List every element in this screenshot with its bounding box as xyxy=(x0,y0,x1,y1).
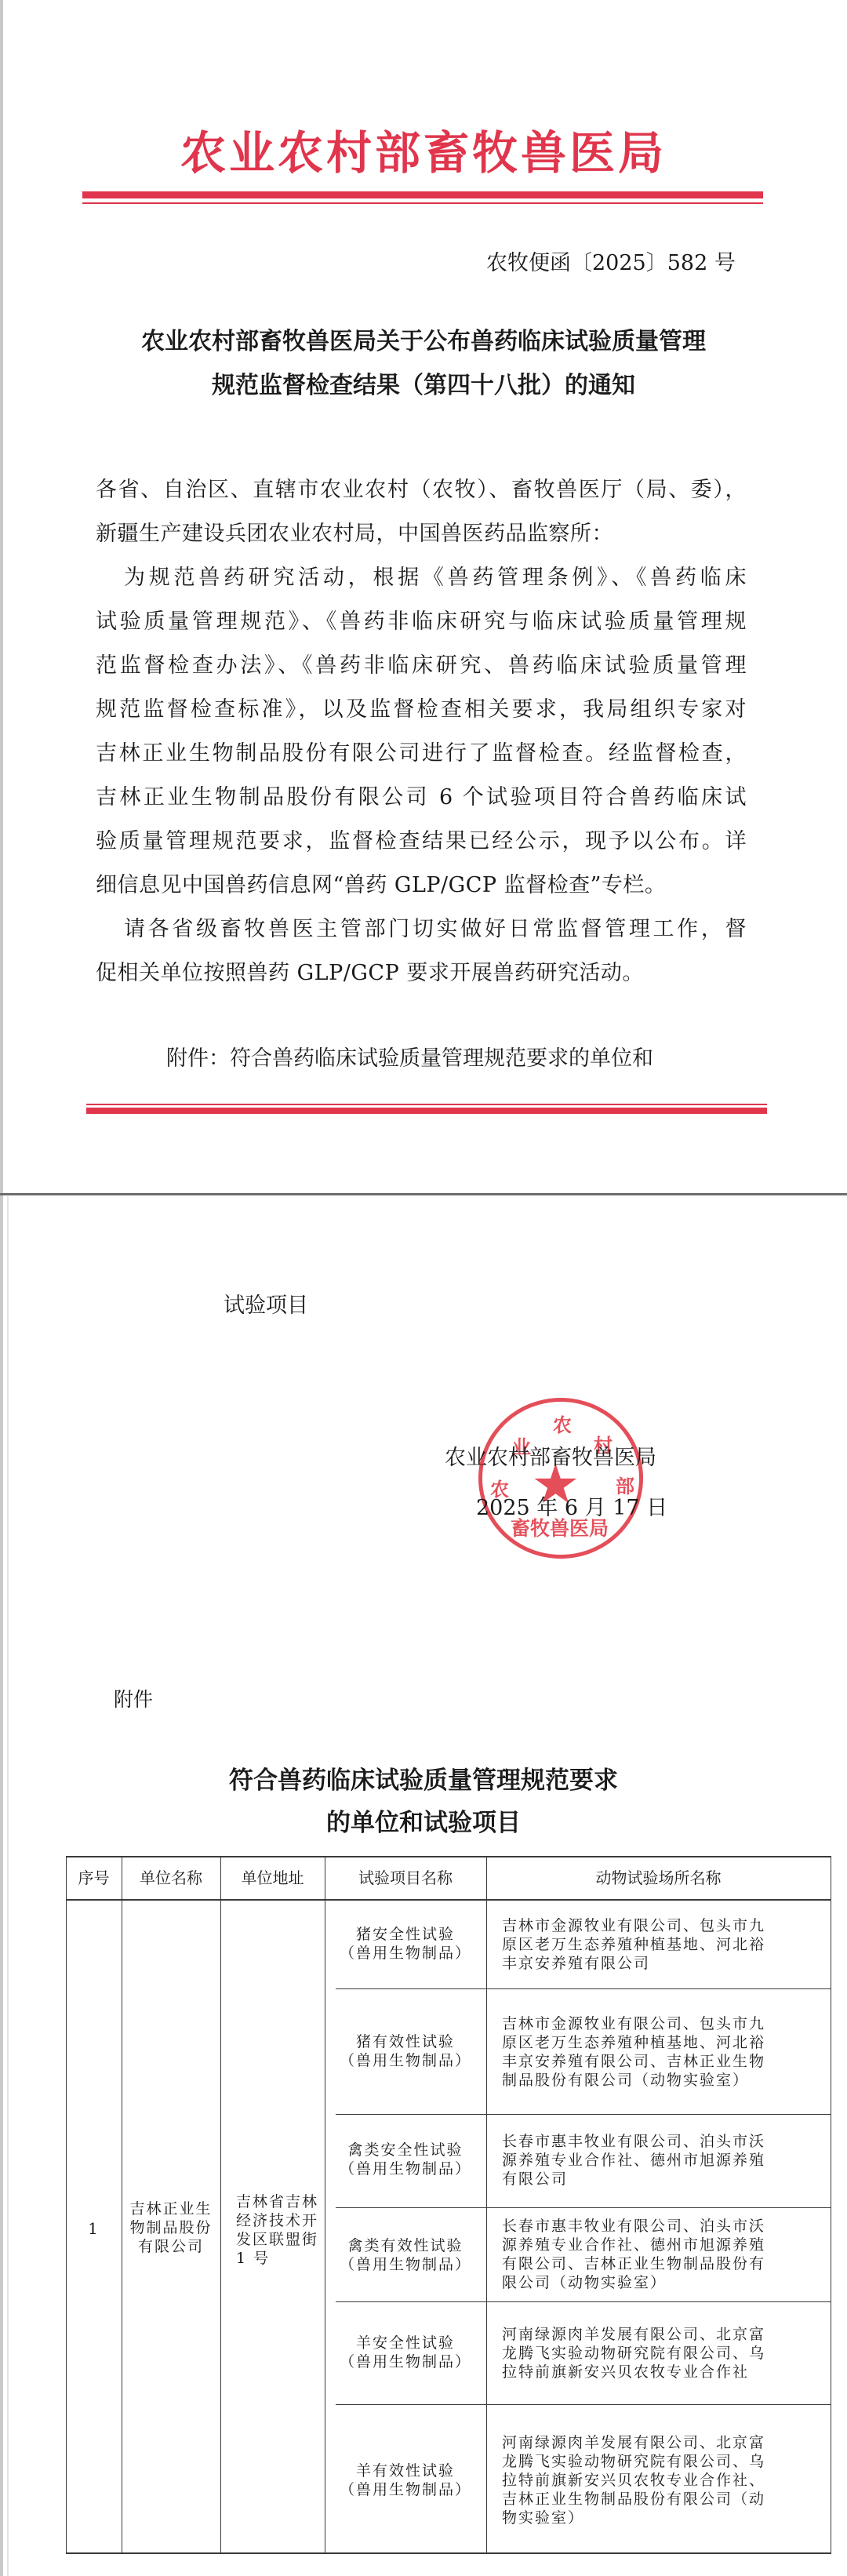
project-name-cell: 猪有效性试验 （兽用生物制品） xyxy=(325,2032,486,2070)
table-border-right xyxy=(831,1856,831,2554)
column-header-project-name: 试验项目名称 xyxy=(325,1868,486,1887)
body-line: 试验质量管理规范》、《兽药非临床研究与临床试验质量管理规 xyxy=(96,607,747,637)
notice-title-line1: 农业农村部畜牧兽医局关于公布兽药临床试验质量管理 xyxy=(0,322,847,362)
unit-name-cell: 吉林正业生 物制品股份 有限公司 xyxy=(122,2199,220,2256)
project-name: 禽类有效性试验 xyxy=(325,2236,486,2255)
test-site-line: 龙腾飞实验动物研究院有限公司、乌 xyxy=(502,2452,823,2471)
letterhead-title: 农业农村部畜牧兽医局 xyxy=(0,126,847,180)
body-line: 吉林正业生物制品股份有限公司 6 个试验项目符合兽药临床试 xyxy=(96,783,747,813)
column-divider xyxy=(220,1856,221,2554)
address-cell: 吉林省吉林 经济技术开 发区联盟街 1 号 xyxy=(236,2192,322,2268)
page-edge xyxy=(7,1196,9,2576)
row-divider xyxy=(336,2404,831,2405)
project-name-cell: 羊有效性试验 （兽用生物制品） xyxy=(325,2461,486,2499)
test-site-line: 限公司（动物实验室） xyxy=(502,2273,823,2292)
unit-name-line: 有限公司 xyxy=(122,2237,220,2256)
test-site-line: 拉特前旗新安兴贝农牧专业合作社 xyxy=(502,2363,823,2381)
notice-title-line2: 规范监督检查结果（第四十八批）的通知 xyxy=(0,366,847,406)
table-border-left xyxy=(66,1856,67,2554)
row-index: 1 xyxy=(66,2219,122,2238)
address-line: 1 号 xyxy=(236,2249,322,2268)
test-site-line: 源养殖专业合作社、德州市旭源养殖 xyxy=(502,2236,823,2254)
signature-date: 2025 年 6 月 17 日 xyxy=(476,1494,667,1523)
test-site-cell: 长春市惠丰牧业有限公司、泊头市沃 源养殖专业合作社、德州市旭源养殖 有限公司 xyxy=(502,2132,823,2189)
project-category: （兽用生物制品） xyxy=(325,2255,486,2274)
row-divider xyxy=(336,2301,831,2302)
test-site-line: 丰京安养殖有限公司、吉林正业生物 xyxy=(502,2052,823,2071)
test-site-line: 吉林市金源牧业有限公司、包头市九 xyxy=(502,2014,823,2033)
body-line: 吉林正业生物制品股份有限公司进行了监督检查。经监督检查， xyxy=(96,739,747,769)
project-category: （兽用生物制品） xyxy=(325,1944,486,1963)
address-line: 经济技术开 xyxy=(236,2211,322,2230)
body-line: 新疆生产建设兵团农业农村局，中国兽医药品监察所： xyxy=(96,519,747,549)
official-seal: 业 农 村 农 部 ★ 畜牧兽医局 xyxy=(478,1398,643,1559)
test-site-line: 源养殖专业合作社、德州市旭源养殖 xyxy=(502,2151,823,2170)
project-name: 猪安全性试验 xyxy=(325,1925,486,1944)
test-site-line: 吉林市金源牧业有限公司、包头市九 xyxy=(502,1916,823,1935)
project-name: 猪有效性试验 xyxy=(325,2032,486,2051)
test-site-line: 长春市惠丰牧业有限公司、泊头市沃 xyxy=(502,2132,823,2151)
test-site-cell: 河南绿源肉羊发展有限公司、北京富 龙腾飞实验动物研究院有限公司、乌 拉特前旗新安… xyxy=(502,2325,823,2381)
letterhead-rule-thin xyxy=(82,202,763,204)
project-name: 羊安全性试验 xyxy=(325,2334,486,2352)
project-category: （兽用生物制品） xyxy=(325,2480,486,2499)
project-name: 禽类安全性试验 xyxy=(325,2141,486,2159)
test-site-line: 吉林正业生物制品股份有限公司（动 xyxy=(502,2490,823,2509)
body-line: 细信息见中国兽药信息网“兽药 GLP/GCP 监督检查”专栏。 xyxy=(96,871,747,901)
address-line: 吉林省吉林 xyxy=(236,2192,322,2211)
body-line: 范监督检查办法》、《兽药非临床研究、兽药临床试验质量管理 xyxy=(96,651,747,681)
test-site-line: 长春市惠丰牧业有限公司、泊头市沃 xyxy=(502,2217,823,2236)
row-divider xyxy=(336,2207,831,2208)
test-site-cell: 吉林市金源牧业有限公司、包头市九 原区老万生态养殖种植基地、河北裕 丰京安养殖有… xyxy=(502,2014,823,2090)
project-name-cell: 猪安全性试验 （兽用生物制品） xyxy=(325,1925,486,1963)
project-category: （兽用生物制品） xyxy=(325,2051,486,2070)
project-category: （兽用生物制品） xyxy=(325,2159,486,2178)
body-line: 请各省级畜牧兽医主管部门切实做好日常监督管理工作，督 xyxy=(124,915,747,944)
letterhead-rule-thick xyxy=(82,191,763,198)
test-site-line: 原区老万生态养殖种植基地、河北裕 xyxy=(502,1935,823,1954)
seal-char: 农 xyxy=(553,1416,572,1435)
column-divider xyxy=(486,1856,487,2554)
footer-rule-thin xyxy=(86,1104,767,1105)
test-site-line: 丰京安养殖有限公司 xyxy=(502,1954,823,1973)
attachment-reference: 附件：符合兽药临床试验质量管理规范要求的单位和 xyxy=(166,1044,653,1074)
body-line: 规范监督检查标准》，以及监督检查相关要求，我局组织专家对 xyxy=(96,695,747,725)
row-divider xyxy=(336,1988,831,1989)
test-site-line: 原区老万生态养殖种植基地、河北裕 xyxy=(502,2033,823,2052)
row-divider xyxy=(336,2114,831,2115)
project-name-cell: 羊安全性试验 （兽用生物制品） xyxy=(325,2334,486,2371)
column-header-unit-name: 单位名称 xyxy=(122,1868,220,1887)
body-line: 促相关单位按照兽药 GLP/GCP 要求开展兽药研究活动。 xyxy=(96,959,747,988)
signature-org: 农业农村部畜牧兽医局 xyxy=(445,1444,656,1472)
project-name: 羊有效性试验 xyxy=(325,2461,486,2480)
project-name-cell: 禽类安全性试验 （兽用生物制品） xyxy=(325,2141,486,2178)
test-site-line: 拉特前旗新安兴贝农牧专业合作社、 xyxy=(502,2471,823,2490)
attachment-reference-continued: 试验项目 xyxy=(224,1291,308,1321)
project-category: （兽用生物制品） xyxy=(325,2352,486,2371)
test-site-line: 制品股份有限公司（动物实验室） xyxy=(502,2071,823,2090)
body-line: 为规范兽药研究活动，根据《兽药管理条例》、《兽药临床 xyxy=(124,563,747,593)
page-separator xyxy=(0,1193,847,1195)
body-line: 验质量管理规范要求，监督检查结果已经公示，现予以公布。详 xyxy=(96,827,747,857)
test-site-line: 龙腾飞实验动物研究院有限公司、乌 xyxy=(502,2344,823,2363)
attachment-title-line2: 的单位和试验项目 xyxy=(0,1803,847,1843)
test-site-cell: 吉林市金源牧业有限公司、包头市九 原区老万生态养殖种植基地、河北裕 丰京安养殖有… xyxy=(502,1916,823,1973)
test-site-line: 有限公司、吉林正业生物制品股份有 xyxy=(502,2254,823,2273)
column-header-address: 单位地址 xyxy=(220,1868,325,1887)
column-header-index: 序号 xyxy=(66,1868,122,1887)
test-site-cell: 河南绿源肉羊发展有限公司、北京富 龙腾飞实验动物研究院有限公司、乌 拉特前旗新安… xyxy=(502,2433,823,2527)
project-name-cell: 禽类有效性试验 （兽用生物制品） xyxy=(325,2236,486,2274)
table-border-top xyxy=(66,1856,831,1857)
attachment-title-line1: 符合兽药临床试验质量管理规范要求 xyxy=(0,1760,847,1801)
body-line: 各省、自治区、直辖市农业农村（农牧）、畜牧兽医厅（局、委）， xyxy=(96,475,747,505)
seal-char: 部 xyxy=(616,1477,634,1496)
column-header-test-site: 动物试验场所名称 xyxy=(486,1868,831,1887)
test-site-line: 有限公司 xyxy=(502,2170,823,2189)
unit-name-line: 物制品股份 xyxy=(122,2218,220,2237)
test-site-cell: 长春市惠丰牧业有限公司、泊头市沃 源养殖专业合作社、德州市旭源养殖 有限公司、吉… xyxy=(502,2217,823,2292)
table-border-bottom xyxy=(66,2552,831,2554)
test-site-line: 河南绿源肉羊发展有限公司、北京富 xyxy=(502,2325,823,2344)
document-number: 农牧便函〔2025〕582 号 xyxy=(486,249,736,278)
unit-name-line: 吉林正业生 xyxy=(122,2199,220,2218)
attachment-label: 附件 xyxy=(114,1686,153,1713)
footer-rule-thick xyxy=(86,1108,767,1114)
test-site-line: 物实验室） xyxy=(502,2509,823,2527)
header-divider xyxy=(66,1899,831,1901)
test-site-line: 河南绿源肉羊发展有限公司、北京富 xyxy=(502,2433,823,2452)
address-line: 发区联盟街 xyxy=(236,2230,322,2249)
